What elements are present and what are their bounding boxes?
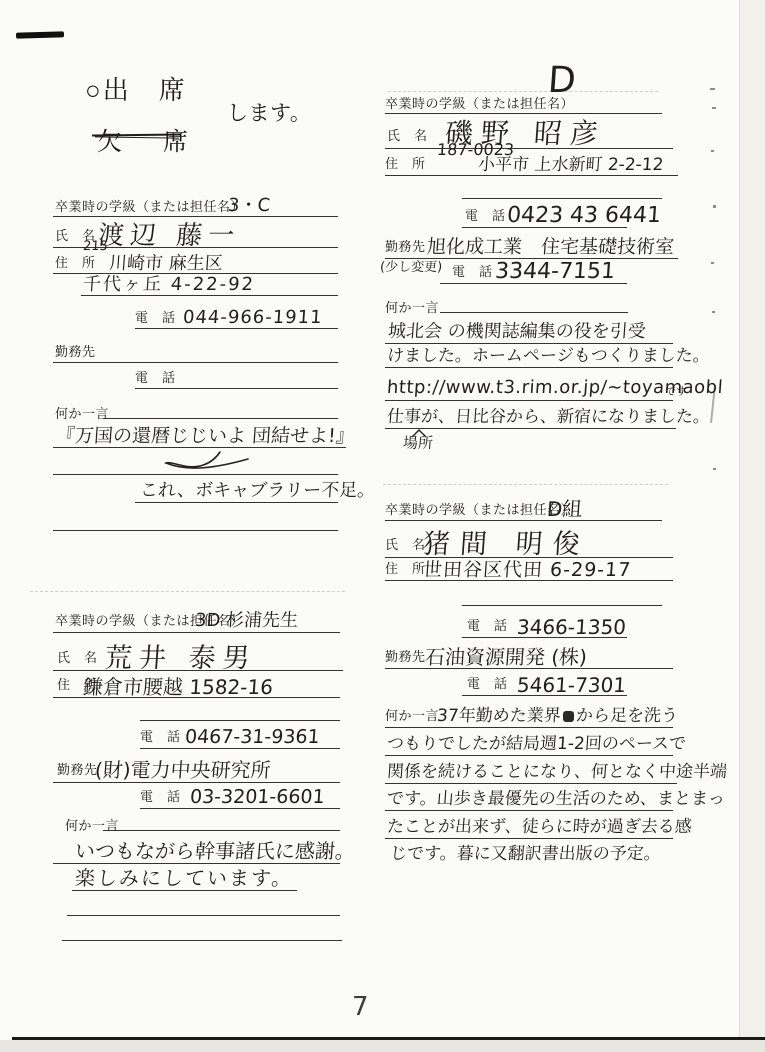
reply-form-isono: D 卒業時の学級（または担任名） 氏 名 磯野 昭彦 住 所 187-0023 …	[385, 95, 673, 460]
class-row: 卒業時の学級（または担任名） 3D 杉浦先生	[53, 608, 340, 633]
workplace-label: 勤務先	[55, 341, 96, 360]
comment-line-4: です。山歩き最優先の生活のため、まとまっ	[385, 785, 673, 811]
name-value: 渡辺 藤一	[97, 223, 241, 249]
workplace-note: (少し変更)	[380, 261, 443, 274]
scan-speck	[713, 205, 716, 208]
comment-line-blank	[53, 505, 338, 531]
comment-line-3: http://www.t3.rim.or.jp/~toyamaobl です	[385, 371, 673, 401]
scanned-reply-page: ○出 席 します。 欠 席 卒業時の学級（または担任名） 3・C 氏 名 渡辺 …	[0, 0, 765, 1052]
workplace-value: (財)電力中央研究所	[94, 760, 271, 780]
comment-line-flourish	[53, 450, 338, 475]
class-row: 卒業時の学級（または担任名）	[385, 98, 662, 114]
comment-line-1: いつもながら幹事諸氏に感謝。	[53, 836, 340, 864]
reply-form-inoma: 卒業時の学級（または担任名） D組 氏 名 猪間 明俊 住 所 世田谷区代田 6…	[385, 495, 673, 875]
comment-line-1: 『万国の還暦じじいよ 団結せよ!』	[53, 421, 346, 448]
attend-suffix: します。	[227, 97, 311, 127]
slip-edge-line	[383, 484, 668, 485]
name-row: 氏 名 荒井 泰男	[53, 636, 343, 671]
class-value: 3・C	[227, 197, 270, 215]
class-label: 卒業時の学級（または担任名）	[385, 93, 574, 112]
address-label: 住 所	[385, 153, 426, 172]
phone-label: 電 話	[465, 205, 506, 224]
class-row: 卒業時の学級（または担任名） D組	[385, 497, 662, 521]
work-phone-row: 電 話 03-3201-6601	[140, 783, 340, 809]
phone-value: 3466-1350	[516, 617, 626, 637]
reply-form-watanabe: 卒業時の学級（または担任名） 3・C 氏 名 渡辺 藤一 住 所 215 川崎市…	[53, 195, 338, 540]
phone-value: 044-966-1911	[182, 309, 323, 327]
comment-line-2: つもりでしたが結局週1-2回のペースで	[385, 730, 673, 756]
comment-line-blank	[62, 916, 342, 941]
comment-line-2: けました。ホームページもつくりました。	[385, 345, 673, 368]
scan-speck	[711, 262, 714, 264]
phone-value: 0467-31-9361	[184, 728, 320, 747]
workplace-label: 勤務先	[385, 646, 426, 665]
absent-option: 欠 席	[97, 122, 196, 158]
comment-line-6: じです。暮に又翻訳書出版の予定。	[385, 841, 673, 865]
work-phone-row: 電 話 3344-7151	[440, 258, 627, 284]
phone-row: 電 話 3466-1350	[462, 612, 627, 638]
comment-text-1a: 37年勤めた業界	[436, 708, 561, 725]
comment-text-1b: から足を洗う	[575, 708, 678, 725]
work-phone-row: 電 話	[135, 371, 338, 389]
comment-line-1: 城北会 の機関誌編集の役を引受	[385, 317, 673, 344]
squiggle-mark	[158, 450, 253, 474]
phone-label: 電 話	[135, 307, 176, 326]
address-row: 住 所 215 川崎市 麻生区	[53, 250, 338, 274]
name-row: 氏 名 猪間 明俊	[385, 523, 673, 558]
name-label: 氏 名	[387, 125, 428, 144]
comment-line-3: 関係を続けることになり、何となく中途半端	[385, 758, 677, 784]
comment-text-2: つもりでしたが結局週1-2回のペースで	[386, 736, 686, 753]
attend-option: ○出 席	[85, 70, 187, 107]
scan-speck	[712, 107, 716, 109]
phone-label: 電 話	[140, 726, 181, 745]
address-row: 住 所 鎌倉市腰越 1582-16	[53, 668, 340, 698]
scan-mark-top-left	[16, 31, 64, 38]
comment-line-4: 仕事が、日比谷から、新宿になりました。	[385, 401, 676, 429]
slip-edge-line	[30, 591, 345, 592]
comment-annotation: 場所	[402, 436, 433, 451]
address-value: 川崎市 麻生区	[108, 255, 223, 273]
address-row: 住 所 世田谷区代田 6-29-17	[385, 555, 673, 581]
comment-label: 何か一言	[55, 403, 109, 422]
work-phone-value: 5461-7301	[516, 675, 626, 695]
address-label: 住 所	[385, 558, 426, 577]
workplace-row: 勤務先 旭化成工業 住宅基礎技術室	[385, 230, 678, 259]
class-value: 3D 杉浦先生	[194, 612, 298, 630]
address-label: 住 所	[55, 252, 96, 271]
blank-rule	[462, 183, 662, 199]
work-phone-label: 電 話	[135, 367, 176, 386]
reply-form-arai: 卒業時の学級（または担任名） 3D 杉浦先生 氏 名 荒井 泰男 住 所 鎌倉市…	[53, 608, 340, 953]
comment-text-2: 楽しみにしています。	[74, 868, 294, 888]
work-phone-label: 電 話	[467, 673, 508, 692]
phone-label: 電 話	[467, 615, 508, 634]
name-label: 氏 名	[57, 647, 98, 666]
paper-right-edge	[739, 0, 765, 1052]
workplace-value: 石油資源開発 (株)	[424, 647, 587, 667]
work-phone-label: 電 話	[452, 261, 493, 280]
workplace-row: 勤務先	[53, 345, 338, 363]
scan-speck	[712, 311, 715, 313]
comment-line-2: 楽しみにしています。	[72, 866, 297, 891]
blank-rule	[140, 705, 340, 721]
phone-row: 電 話 0467-31-9361	[140, 723, 340, 749]
comment-text-1: 『万国の還暦じじいよ 団結せよ!』	[55, 427, 355, 446]
name-value: 猪間 明俊	[422, 531, 590, 558]
phone-row: 電 話 0423 43 6441	[462, 202, 627, 228]
comment-label: 何か一言	[385, 297, 439, 316]
comment-line-2: これ、ボキャブラリー不足。	[135, 477, 338, 503]
class-value: D組	[546, 499, 583, 519]
blank-rule	[462, 590, 662, 606]
comment-text-1: 37年勤めた業界から足を洗う	[437, 708, 678, 725]
comment-rule	[103, 403, 338, 419]
work-phone-value: 03-3201-6601	[189, 788, 325, 807]
scan-speck	[713, 468, 716, 470]
phone-row: 電 話 044-966-1911	[135, 305, 338, 329]
comment-line-1: 何か一言 37年勤めた業界から足を洗う	[385, 702, 673, 728]
comment-text-6: じです。暮に又翻訳書出版の予定。	[389, 846, 661, 863]
comment-label: 何か一言	[385, 705, 439, 724]
comment-text-4: 仕事が、日比谷から、新宿になりました。	[386, 409, 710, 426]
phone-value: 0423 43 6441	[506, 205, 662, 227]
address-value: 小平市 上水新町 2-2-12	[477, 157, 664, 174]
scan-speck	[710, 88, 715, 90]
ink-blot	[563, 711, 574, 722]
comment-text-2: これ、ボキャブラリー不足。	[139, 482, 375, 500]
address-value: 世田谷区代田 6-29-17	[422, 561, 632, 580]
address-value: 鎌倉市腰越 1582-16	[82, 677, 273, 697]
comment-text-2: けました。ホームページもつくりました。	[386, 348, 710, 365]
address-row-2: 千代ヶ丘 4-22-92	[81, 275, 338, 296]
scan-speck	[711, 150, 714, 152]
work-phone-row: 電 話 5461-7301	[462, 670, 627, 696]
comment-text-1: 城北会 の機関誌編集の役を引受	[387, 323, 646, 341]
page-number: 7	[352, 992, 369, 1022]
postal-code: 215	[83, 240, 109, 253]
address-value-2: 千代ヶ丘 4-22-92	[82, 276, 255, 294]
slip-edge-line	[388, 91, 658, 92]
comment-rule	[103, 815, 340, 831]
comment-line-blank	[67, 891, 340, 916]
work-phone-value: 3344-7151	[494, 261, 615, 283]
work-phone-label: 電 話	[140, 786, 181, 805]
name-row: 氏 名 磯野 昭彦	[385, 115, 673, 149]
comment-text-3: 関係を続けることになり、何となく中途半端	[386, 764, 727, 781]
comment-text-4: です。山歩き最優先の生活のため、まとまっ	[386, 791, 725, 808]
workplace-label: 勤務先	[385, 236, 426, 255]
comment-url-suffix: です	[665, 386, 688, 397]
workplace-label: 勤務先	[57, 759, 98, 778]
scan-bottom-strip	[0, 1040, 765, 1052]
name-label: 氏 名	[385, 534, 426, 553]
comment-text-5: たことが出来ず、徒らに時が過ぎ去る感	[386, 819, 692, 836]
comment-line-5: たことが出来ず、徒らに時が過ぎ去る感	[385, 813, 673, 839]
comment-rule	[440, 297, 628, 313]
address-row: 住 所 187-0023 小平市 上水新町 2-2-12	[385, 150, 678, 176]
class-row: 卒業時の学級（または担任名） 3・C	[53, 195, 338, 217]
workplace-row: 勤務先 (財)電力中央研究所	[53, 753, 340, 783]
workplace-row: 勤務先 石油資源開発 (株)	[385, 640, 673, 669]
class-label: 卒業時の学級（または担任名）	[55, 196, 244, 215]
workplace-value: 旭化成工業 住宅基礎技術室	[426, 238, 674, 257]
comment-text-1: いつもながら幹事諸氏に感謝。	[74, 841, 355, 861]
